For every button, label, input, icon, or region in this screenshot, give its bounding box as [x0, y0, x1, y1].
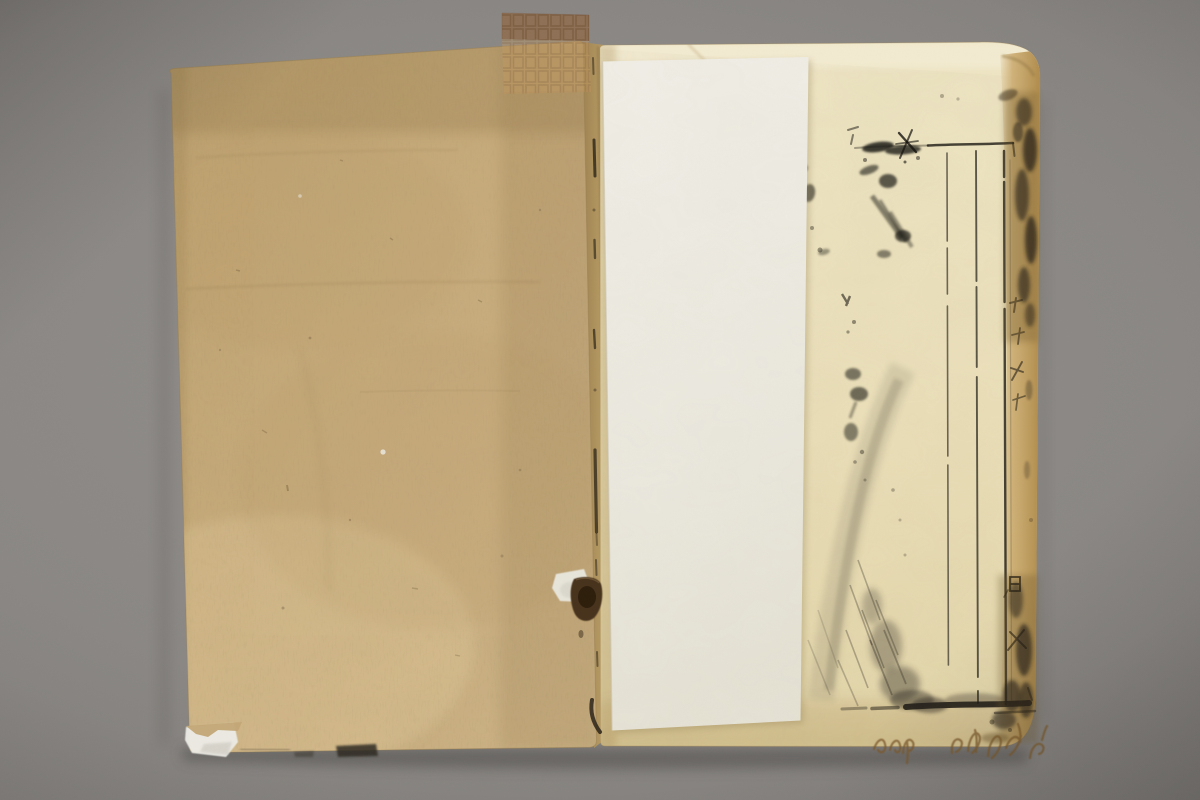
photo-grain [0, 0, 1200, 800]
photograph-scene: Antique woodblock-printed book lying ope… [0, 0, 1200, 800]
book-artwork [0, 0, 1200, 800]
